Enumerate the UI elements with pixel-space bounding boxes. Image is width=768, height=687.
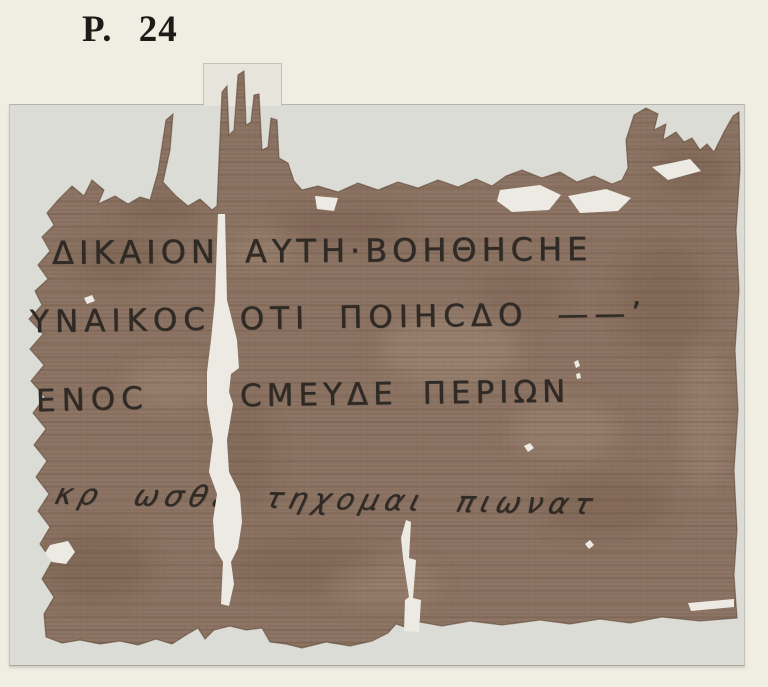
greek-text-line-3-left: ΕΝΟC (36, 381, 150, 420)
plate-label: P. 24 (82, 8, 178, 51)
photographed-plate-page: P. 24 (0, 0, 768, 687)
greek-text-line-1: ΔΙΚΑΙΟΝ ΑΥΤΗ·ΒΟΗΘΗCΗΕ (52, 230, 592, 272)
greek-text-line-3-right: CΜΕΥΔΕ ΠΕΡΙΩΝ (240, 374, 571, 415)
hinge-tab-paper (203, 63, 282, 106)
